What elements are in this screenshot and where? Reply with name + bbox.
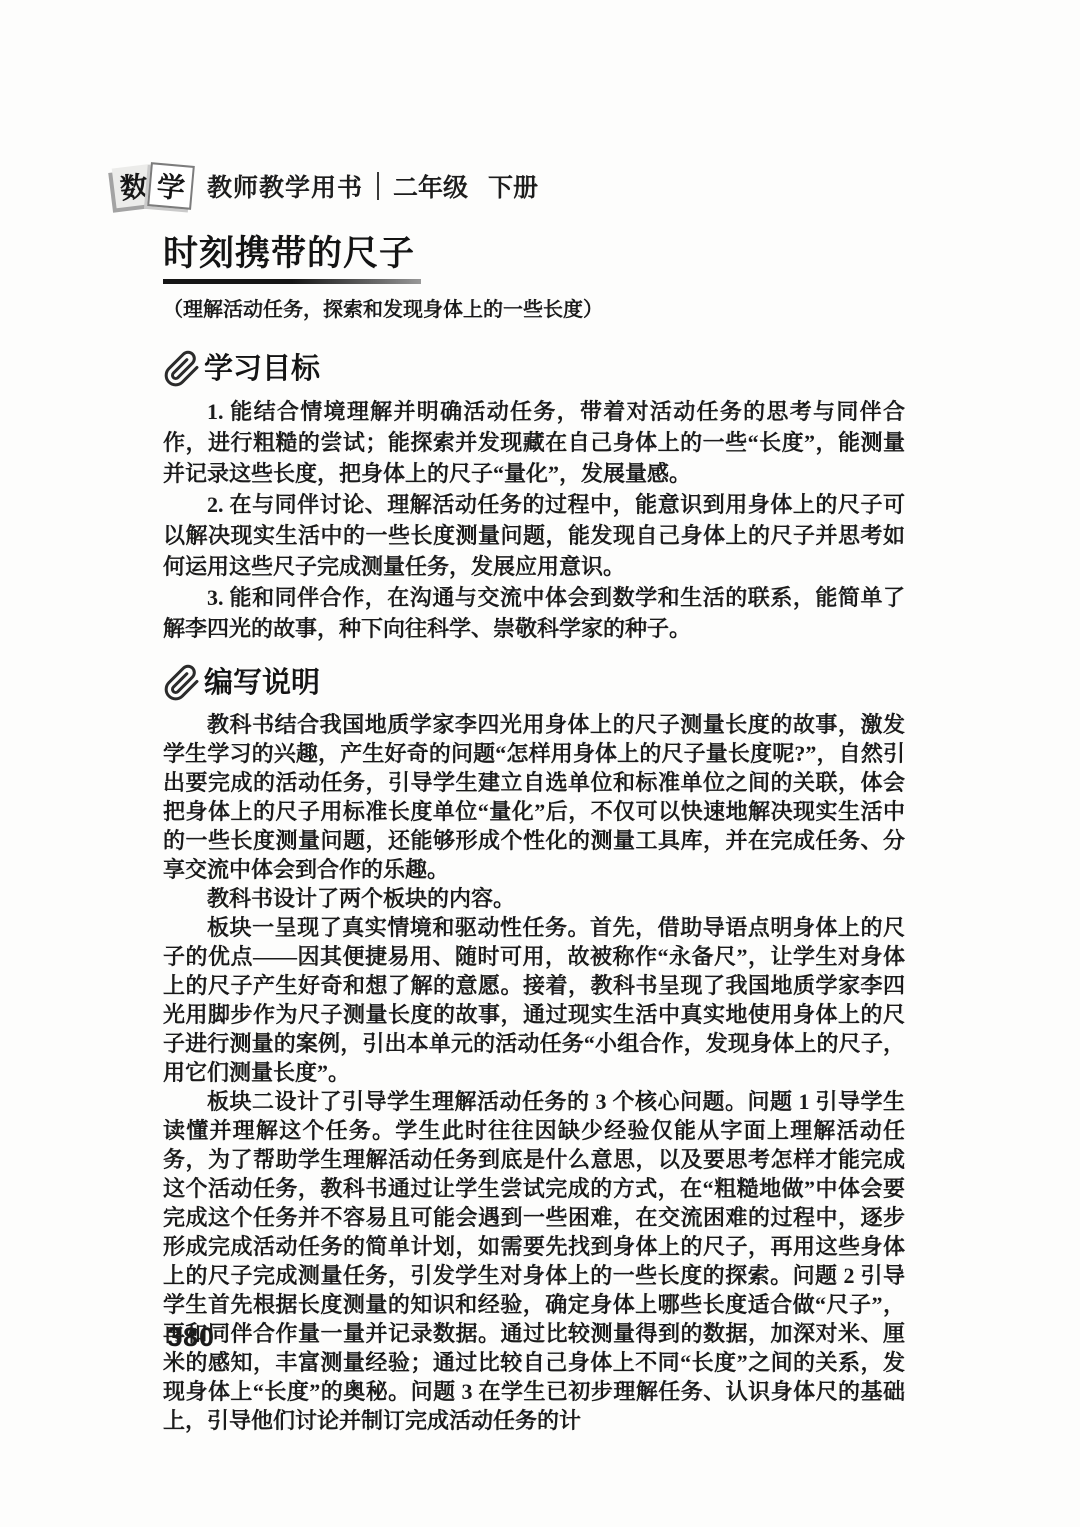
title-underline xyxy=(163,279,421,284)
notes-paragraph-2: 教科书设计了两个板块的内容。 xyxy=(163,884,905,913)
chapter-title: 时刻携带的尺子 xyxy=(163,233,905,275)
learning-goals-body: 1. 能结合情境理解并明确活动任务，带着对活动任务的思考与同伴合作，进行粗糙的尝… xyxy=(163,396,905,644)
notes-paragraph-3: 板块一呈现了真实情境和驱动性任务。首先，借助导语点明身体上的尺子的优点——因其便… xyxy=(163,913,905,1087)
page-content: 时刻携带的尺子 （理解活动任务，探索和发现身体上的一些长度） 学习目标 1. 能… xyxy=(163,233,905,1435)
goal-paragraph-2: 2. 在与同伴讨论、理解活动任务的过程中，能意识到用身体上的尺子可以解决现实生活… xyxy=(163,489,905,582)
editorial-notes-body: 教科书结合我国地质学家李四光用身体上的尺子测量长度的故事，激发学生学习的兴趣，产… xyxy=(163,710,905,1435)
running-header: 数 学 教师教学用书 二年级 下册 xyxy=(114,164,538,208)
goal-paragraph-3: 3. 能和同伴合作，在沟通与交流中体会到数学和生活的联系，能简单了解李四光的故事… xyxy=(163,582,905,644)
goal-paragraph-1: 1. 能结合情境理解并明确活动任务，带着对活动任务的思考与同伴合作，进行粗糙的尝… xyxy=(163,396,905,489)
page-number: 380 xyxy=(167,1322,215,1353)
subject-logo-box-2: 学 xyxy=(147,162,195,210)
section-heading-text: 学习目标 xyxy=(204,349,320,389)
grade-label: 二年级 xyxy=(393,168,468,204)
section-learning-goals: 学习目标 1. 能结合情境理解并明确活动任务，带着对活动任务的思考与同伴合作，进… xyxy=(163,349,905,644)
subject-logo-char-2: 学 xyxy=(155,165,186,207)
section-heading-learning-goals: 学习目标 xyxy=(163,349,905,389)
book-page: 数 学 教师教学用书 二年级 下册 时刻携带的尺子 （理解活动任务，探索和发现身… xyxy=(0,0,1080,1527)
notes-paragraph-1: 教科书结合我国地质学家李四光用身体上的尺子测量长度的故事，激发学生学习的兴趣，产… xyxy=(163,710,905,884)
paperclip-icon xyxy=(163,350,201,388)
subject-logo-char-1: 数 xyxy=(118,164,151,207)
section-heading-editorial-notes: 编写说明 xyxy=(163,663,905,703)
volume-label: 下册 xyxy=(488,168,538,204)
notes-paragraph-4: 板块二设计了引导学生理解活动任务的 3 个核心问题。问题 1 引导学生读懂并理解… xyxy=(163,1087,905,1435)
section-editorial-notes: 编写说明 教科书结合我国地质学家李四光用身体上的尺子测量长度的故事，激发学生学习… xyxy=(163,663,905,1435)
paperclip-icon xyxy=(163,664,201,702)
book-series-title: 教师教学用书 xyxy=(207,168,363,204)
header-divider xyxy=(377,172,379,200)
chapter-subtitle: （理解活动任务，探索和发现身体上的一些长度） xyxy=(163,293,905,322)
section-heading-text: 编写说明 xyxy=(204,663,320,703)
